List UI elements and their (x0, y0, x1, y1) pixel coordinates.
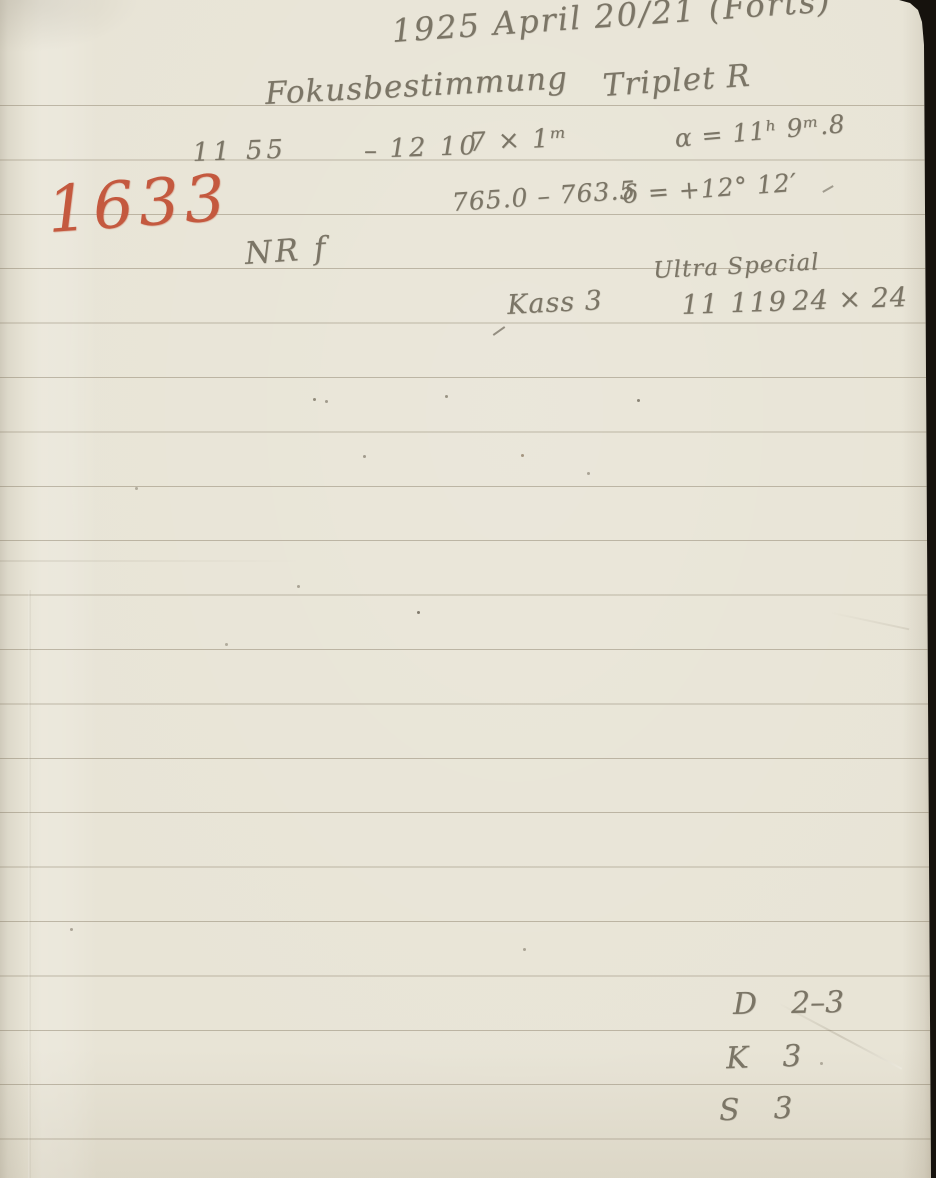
scan-background: 1925 April 20/21 (Forts) Fokusbestimmung… (0, 0, 936, 1178)
exposure-time-end: 12 10 (389, 131, 479, 164)
condition-row: D 2–3 (733, 985, 845, 1022)
condition-row: S 3 (718, 1091, 793, 1129)
condition-value: 2–3 (791, 985, 845, 1021)
plate-id: 11 119 (681, 286, 789, 321)
condition-value: 3 (782, 1039, 802, 1075)
page-crease (0, 560, 300, 562)
plate-size: 24 × 24 (792, 282, 909, 317)
page-crease (28, 590, 31, 1178)
instrument-name: Triplet R (601, 58, 751, 104)
condition-key: D (733, 987, 758, 1022)
cassette-label: Kass 3 (506, 285, 603, 321)
condition-value: 3 (773, 1091, 793, 1127)
time-separator: – (364, 136, 378, 166)
exposure-series: 7 × 1ᵐ (468, 123, 569, 158)
observer-initials: NR f (243, 230, 329, 272)
condition-row: K 3 (725, 1039, 802, 1077)
date-heading: 1925 April 20/21 (Forts) (390, 0, 832, 50)
condition-key: K (725, 1041, 749, 1077)
plate-number-stamp: 1633 (45, 161, 233, 248)
notebook-page: 1925 April 20/21 (Forts) Fokusbestimmung… (0, 0, 936, 1178)
condition-key: S (718, 1093, 740, 1129)
paper-specks (0, 0, 3, 3)
